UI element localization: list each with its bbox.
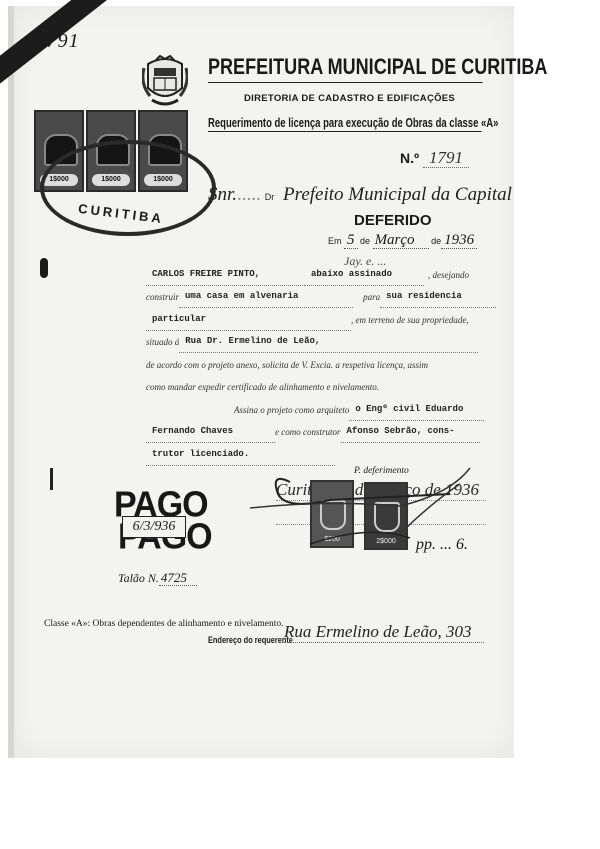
document-number-label: N.º [400,150,419,166]
closing-signature: pp. ... 6. [416,536,468,554]
document-page: Nº 1791 PREFEITURA MUNICIPAL DE CURITIBA… [8,6,514,758]
for-label: para [363,286,380,309]
date-prefix: Em [328,236,342,246]
body-line: como mandar expedir certificado de alinh… [146,380,496,398]
decision-status: DEFERIDO [354,212,432,229]
certificate-text: como mandar expedir certificado de alinh… [146,376,379,399]
body-line: CARLOS FREIRE PINTO, abaixo assinado , d… [146,268,496,286]
address-value: Rua Ermelino de Leão, 303 [284,622,484,643]
land-text: , em terreno de sua propriedade, [351,309,469,332]
date-month: Março [373,232,429,249]
paid-stamp: PAGO PAGO 6/3/936 [114,492,234,572]
corner-number-value: 1791 [36,30,80,52]
date-year-prefix: de [431,236,441,246]
builder-value-2: trutor licenciado. [146,443,335,467]
request-heading: Requerimento de licença para execução de… [208,116,482,132]
address-label: Endereço do requerente [208,635,293,645]
receipt-value: 4725 [159,570,197,586]
purpose-value-2: particular [146,308,351,332]
purpose-value: sua residencia [380,285,496,309]
architect-label: Assina o projeto como arquiteto [234,399,349,422]
class-note: Classe «A»: Obras dependentes de alinham… [44,619,284,629]
request-text: de acordo com o projeto anexo, solicita … [146,354,428,377]
binding-mark [40,258,48,278]
binding-mark [50,468,53,490]
receipt-label: Talão N. [118,571,159,585]
located-label: situado á [146,331,179,354]
body-line: Assina o projeto como arquiteto o Engº c… [146,403,496,421]
builder-label: e como construtor [275,421,341,444]
date-year: 1936 [441,232,477,249]
municipality-title: PREFEITURA MUNICIPAL DE CURITIBA [208,54,483,83]
addressee-title: Dr [265,192,275,202]
build-label: construir [146,286,179,309]
paid-date: 6/3/936 [122,516,186,538]
corner-number: Nº 1791 [20,30,80,53]
addressee-prefix: Snr. [208,184,237,205]
addressee: Snr......Dr Prefeito Municipal da Capita… [208,184,512,206]
decision-date: Em 5 de Março de1936 [328,232,477,249]
location-value: Rua Dr. Ermelino de Leão, [179,330,478,354]
body-line: Fernando Chaves e como construtor Afonso… [146,425,496,443]
build-value: uma casa em alvenaria [179,285,353,309]
body-line: de acordo com o projeto anexo, solicita … [146,358,496,376]
date-day: 5 [344,232,358,249]
directorate-subtitle: DIRETORIA DE CADASTRO E EDIFICAÇÕES [244,93,455,104]
receipt-number: Talão N.4725 [118,570,197,586]
architect-value: o Engº civil Eduardo [349,398,484,422]
applicant-suffix: abaixo assinado [305,263,424,287]
document-number-value: 1791 [423,148,469,168]
coat-of-arms-icon [142,54,188,108]
addressee-text: Prefeito Municipal da Capital [283,184,512,205]
builder-value: Afonso Sebrão, cons- [341,420,480,444]
corner-number-prefix: Nº [20,36,33,50]
wishing-text: , desejando [428,264,469,287]
body-line: construir uma casa em alvenaria para sua… [146,290,496,308]
body-line: situado á Rua Dr. Ermelino de Leão, [146,335,496,353]
applicant-name: CARLOS FREIRE PINTO, [146,263,305,287]
architect-value-2: Fernando Chaves [146,420,275,444]
date-de: de [360,236,370,246]
document-number: N.º 1791 [400,148,469,168]
body-line: particular , em terreno de sua proprieda… [146,313,496,331]
